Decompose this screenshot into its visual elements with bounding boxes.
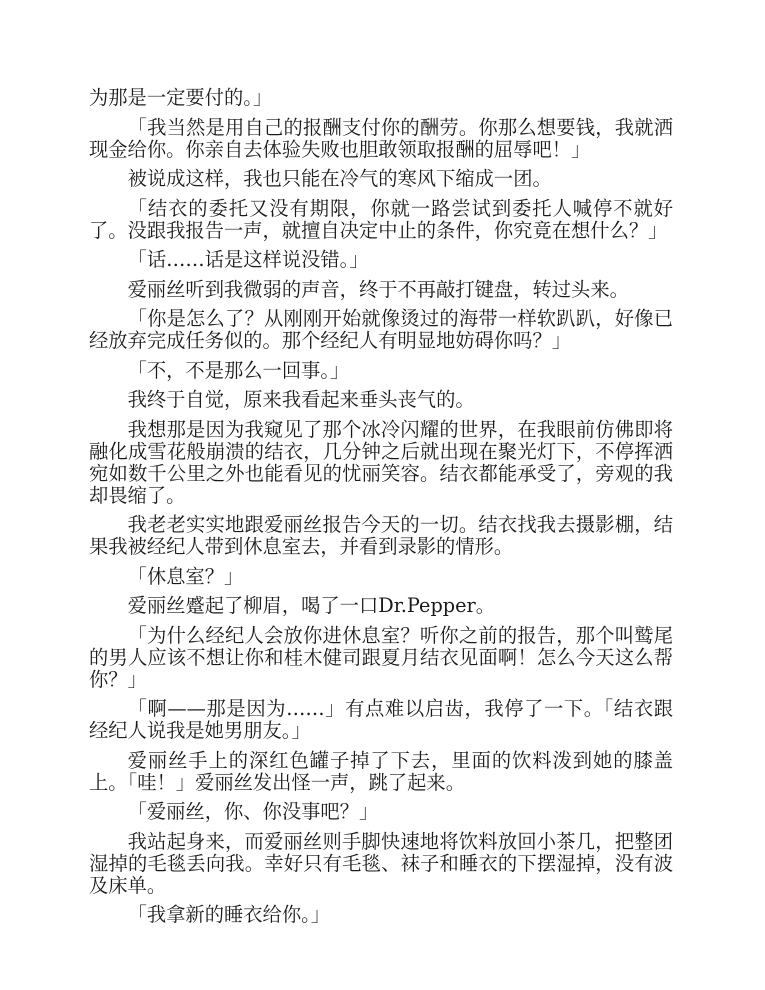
paragraph: 「不，不是那么一回事。」	[89, 360, 673, 382]
paragraph: 我站起身来，而爱丽丝则手脚快速地将饮料放回小茶几，把整团湿掉的毛毯丢向我。幸好只…	[89, 831, 673, 897]
paragraph: 「话……话是这样说没错。」	[89, 249, 673, 271]
paragraph: 爱丽丝听到我微弱的声音，终于不再敲打键盘，转过头来。	[89, 279, 673, 301]
paragraph: 被说成这样，我也只能在冷气的寒风下缩成一团。	[89, 168, 673, 190]
paragraph: 「你是怎么了？从刚刚开始就像烫过的海带一样软趴趴，好像已经放弃完成任务似的。那个…	[89, 308, 673, 352]
paragraph: 「我拿新的睡衣给你。」	[89, 904, 673, 926]
paragraph: 「为什么经纪人会放你进休息室？听你之前的报告，那个叫鹫尾的男人应该不想让你和桂木…	[89, 625, 673, 691]
paragraph: 爱丽丝蹙起了柳眉，喝了一口Dr.Pepper。	[89, 595, 673, 617]
paragraph: 「结衣的委托又没有期限，你就一路尝试到委托人喊停不就好了。没跟我报告一声，就擅自…	[89, 198, 673, 242]
paragraph: 「我当然是用自己的报酬支付你的酬劳。你那么想要钱，我就洒现金给你。你亲自去体验失…	[89, 117, 673, 161]
document-page: 为那是一定要付的。」 「我当然是用自己的报酬支付你的酬劳。你那么想要钱，我就洒现…	[89, 87, 673, 934]
paragraph: 为那是一定要付的。」	[89, 87, 673, 109]
paragraph: 我老老实实地跟爱丽丝报告今天的一切。结衣找我去摄影棚，结果我被经纪人带到休息室去…	[89, 514, 673, 558]
paragraph: 「啊——那是因为……」有点难以启齿，我停了一下。「结衣跟经纪人说我是她男朋友。」	[89, 698, 673, 742]
paragraph: 我终于自觉，原来我看起来垂头丧气的。	[89, 389, 673, 411]
paragraph: 爱丽丝手上的深红色罐子掉了下去，里面的饮料泼到她的膝盖上。「哇！」爱丽丝发出怪一…	[89, 750, 673, 794]
paragraph: 我想那是因为我窥见了那个冰冷闪耀的世界，在我眼前仿佛即将融化成雪花般崩溃的结衣，…	[89, 419, 673, 507]
paragraph: 「爱丽丝，你、你没事吧？」	[89, 801, 673, 823]
paragraph: 「休息室？」	[89, 566, 673, 588]
